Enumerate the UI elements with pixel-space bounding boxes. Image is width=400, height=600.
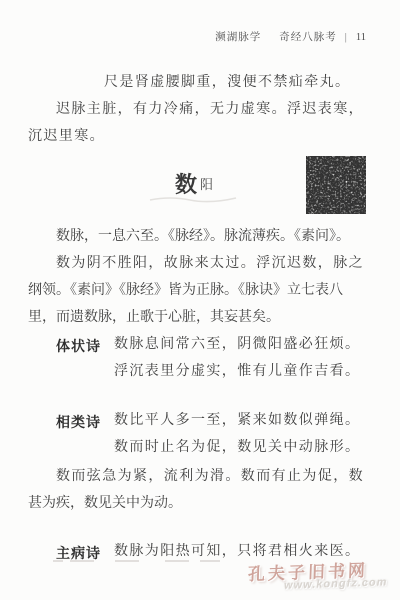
section-title: 奇经八脉考 [279,32,337,43]
running-header: 濒湖脉学奇经八脉考|11 [0,29,366,44]
verse-label-tizhuang: 体状诗 [56,336,101,356]
scan-noise-stamp [306,156,366,214]
body-paragraph-2-line-2: 纲领。《素问》《脉经》皆为正脉。《脉诀》立七表八 [28,282,343,300]
xianglei-verse-line-2: 数而时止名为促，数见关中动脉形。 [114,439,360,457]
watermark-url-text: www.kongfz.com [284,576,388,592]
body-paragraph-2-line-3: 里，而遗数脉，止歌于心脏，其妄甚矣。 [28,309,280,327]
heading-underline-flourish [148,194,238,204]
intro-paragraph-line-2: 沉迟里寒。 [28,128,105,146]
scan-dash [165,560,189,562]
book-title: 濒湖脉学 [215,32,261,43]
verse-continuation-line: 尺是肾虚腰脚重，溲便不禁疝牵丸。 [104,74,350,92]
book-scan-page: 濒湖脉学奇经八脉考|11 尺是肾虚腰脚重，溲便不禁疝牵丸。 迟脉主脏，有力冷痛，… [0,0,400,600]
note-line-2: 甚为疾，数见关中为动。 [28,495,182,513]
note-line-1: 数而弦急为紧，流利为滑。数而有止为促，数 [56,468,364,486]
intro-paragraph-line-1: 迟脉主脏，有力冷痛，无力虚寒。浮迟表寒， [56,101,364,119]
tizhuang-verse-line-2: 浮沉表里分虚实，惟有儿童作吉看。 [114,363,360,381]
scan-dash [70,560,94,562]
verse-label-xianglei: 相类诗 [56,412,101,432]
header-divider: | [345,32,348,43]
page-number: 11 [356,32,366,43]
scan-dash [115,560,139,562]
body-paragraph-1: 数脉，一息六至。《脉经》。脉流薄疾。《素问》。 [56,228,350,246]
xianglei-verse-line-1: 数比平人多一至，紧来如数似弹绳。 [114,412,360,430]
chapter-yin-yang-annotation: 阳 [200,177,213,192]
scan-dash [53,560,63,562]
tizhuang-verse-line-1: 数脉息间常六至，阴微阳盛必狂烦。 [114,336,360,354]
scan-dash [200,560,220,562]
body-paragraph-2-line-1: 数为阴不胜阳，故脉来太过。浮沉迟数，脉之 [56,255,364,273]
